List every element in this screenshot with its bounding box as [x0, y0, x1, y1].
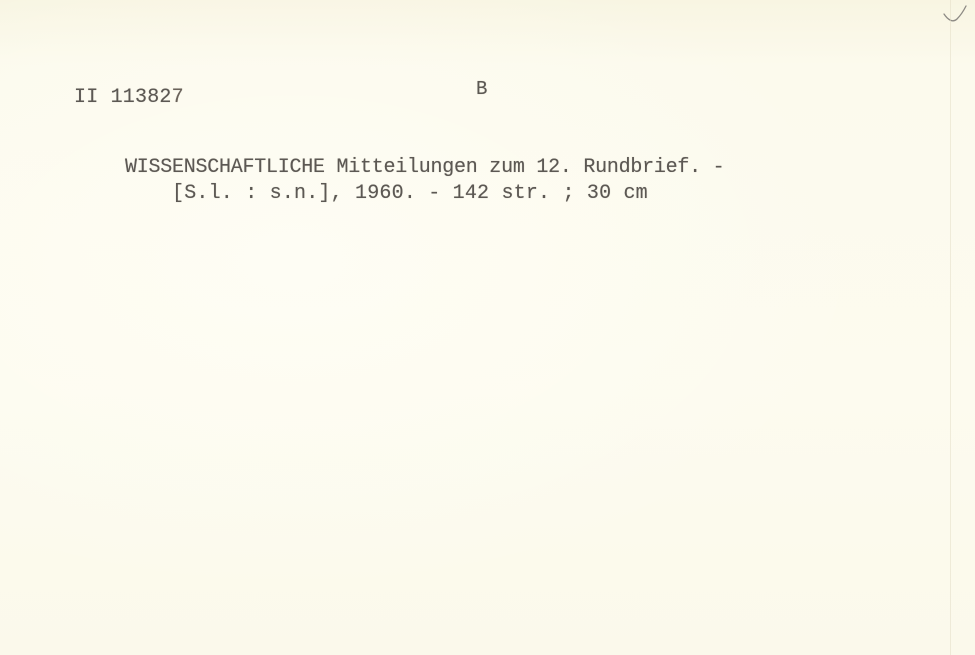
call-number-correction: 7	[172, 86, 184, 109]
call-number: II 113827	[74, 86, 184, 109]
catalog-card: II 113827 B WISSENSCHAFTLICHE Mitteilung…	[0, 0, 975, 655]
call-number-text: II 11382	[74, 86, 172, 109]
check-mark-icon	[942, 4, 968, 26]
location-mark: B	[476, 78, 488, 100]
bibliographic-imprint-line: [S.l. : s.n.], 1960. - 142 str. ; 30 cm	[172, 182, 648, 205]
bibliographic-title-line: WISSENSCHAFTLICHE Mitteilungen zum 12. R…	[125, 156, 724, 179]
